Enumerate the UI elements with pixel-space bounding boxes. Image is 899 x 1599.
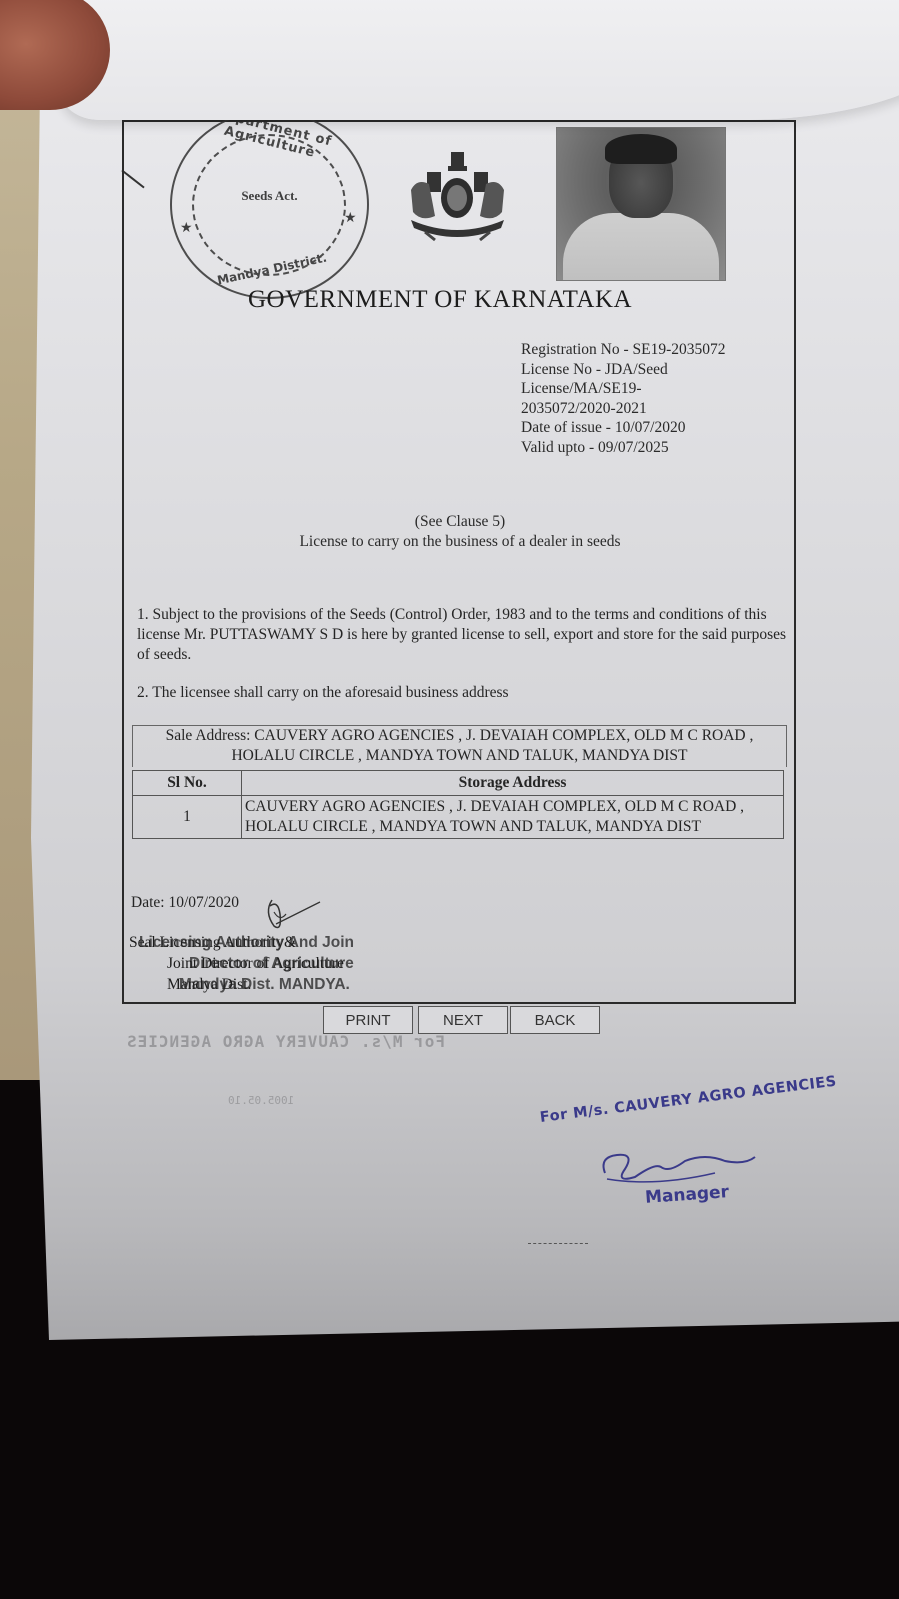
print-button[interactable]: PRINT	[323, 1006, 413, 1034]
page-title: GOVERNMENT OF KARNATAKA	[248, 286, 632, 314]
authority-stamp-line-1: Licensing Authority And Join	[139, 932, 354, 953]
storage-address-table: Sl No. Storage Address 1 CAUVERY AGRO AG…	[132, 770, 784, 839]
paragraph-2: 2. The licensee shall carry on the afore…	[137, 683, 787, 703]
paragraph-1: 1. Subject to the provisions of the Seed…	[137, 605, 787, 665]
agency-manager-stamp: For M/s. CAUVERY AGRO AGENCIES Manager	[540, 1110, 839, 1126]
column-header-storage-address: Storage Address	[242, 771, 784, 796]
authority-stamp-line-2: Director of Agriculture	[189, 953, 354, 974]
table-header-row: Sl No. Storage Address	[133, 771, 784, 796]
table-row: 1 CAUVERY AGRO AGENCIES , J. DEVAIAH COM…	[133, 796, 784, 839]
valid-upto: Valid upto - 09/07/2025	[521, 438, 726, 458]
cell-sl-no: 1	[133, 796, 242, 839]
pen-dash-mark	[528, 1243, 588, 1244]
column-header-sl-no: Sl No.	[133, 771, 242, 796]
authority-stamp-line-3: Mandya Dist. MANDYA.	[179, 974, 350, 995]
license-number-line-2: License/MA/SE19-	[521, 379, 726, 399]
license-subtitle: License to carry on the business of a de…	[260, 532, 660, 552]
date-of-issue: Date of issue - 10/07/2020	[521, 418, 726, 438]
mirrored-bleed-through-number: 1005.05.10	[228, 1094, 294, 1107]
sale-address: Sale Address: CAUVERY AGRO AGENCIES , J.…	[132, 725, 787, 767]
state-emblem-icon	[405, 150, 510, 245]
mirrored-bleed-through-stamp: For M/s. CAUVERY AGRO AGENCIES	[126, 1032, 445, 1051]
cell-storage-address: CAUVERY AGRO AGENCIES , J. DEVAIAH COMPL…	[242, 796, 784, 839]
registration-number: Registration No - SE19-2035072	[521, 340, 726, 360]
license-date: Date: 10/07/2020	[131, 894, 239, 912]
registration-details: Registration No - SE19-2035072 License N…	[521, 340, 726, 457]
star-icon: ★	[180, 220, 193, 237]
back-button[interactable]: BACK	[510, 1006, 600, 1034]
next-button[interactable]: NEXT	[418, 1006, 508, 1034]
clause-heading: (See Clause 5) License to carry on the b…	[260, 512, 660, 552]
clause-reference: (See Clause 5)	[260, 512, 660, 532]
license-number-line-1: License No - JDA/Seed	[521, 360, 726, 380]
department-seal-stamp: Department of Agriculture Seeds Act. Man…	[170, 110, 369, 299]
star-icon: ★	[344, 210, 357, 227]
officer-signature	[262, 892, 332, 937]
seal-center-text: Seeds Act.	[172, 188, 367, 204]
license-number-line-3: 2035072/2020-2021	[521, 399, 726, 419]
licensee-photo	[556, 127, 726, 281]
folded-top-sheet	[60, 0, 899, 120]
licensing-authority-block: Seal Licensing Authority& Joint Director…	[129, 932, 344, 995]
